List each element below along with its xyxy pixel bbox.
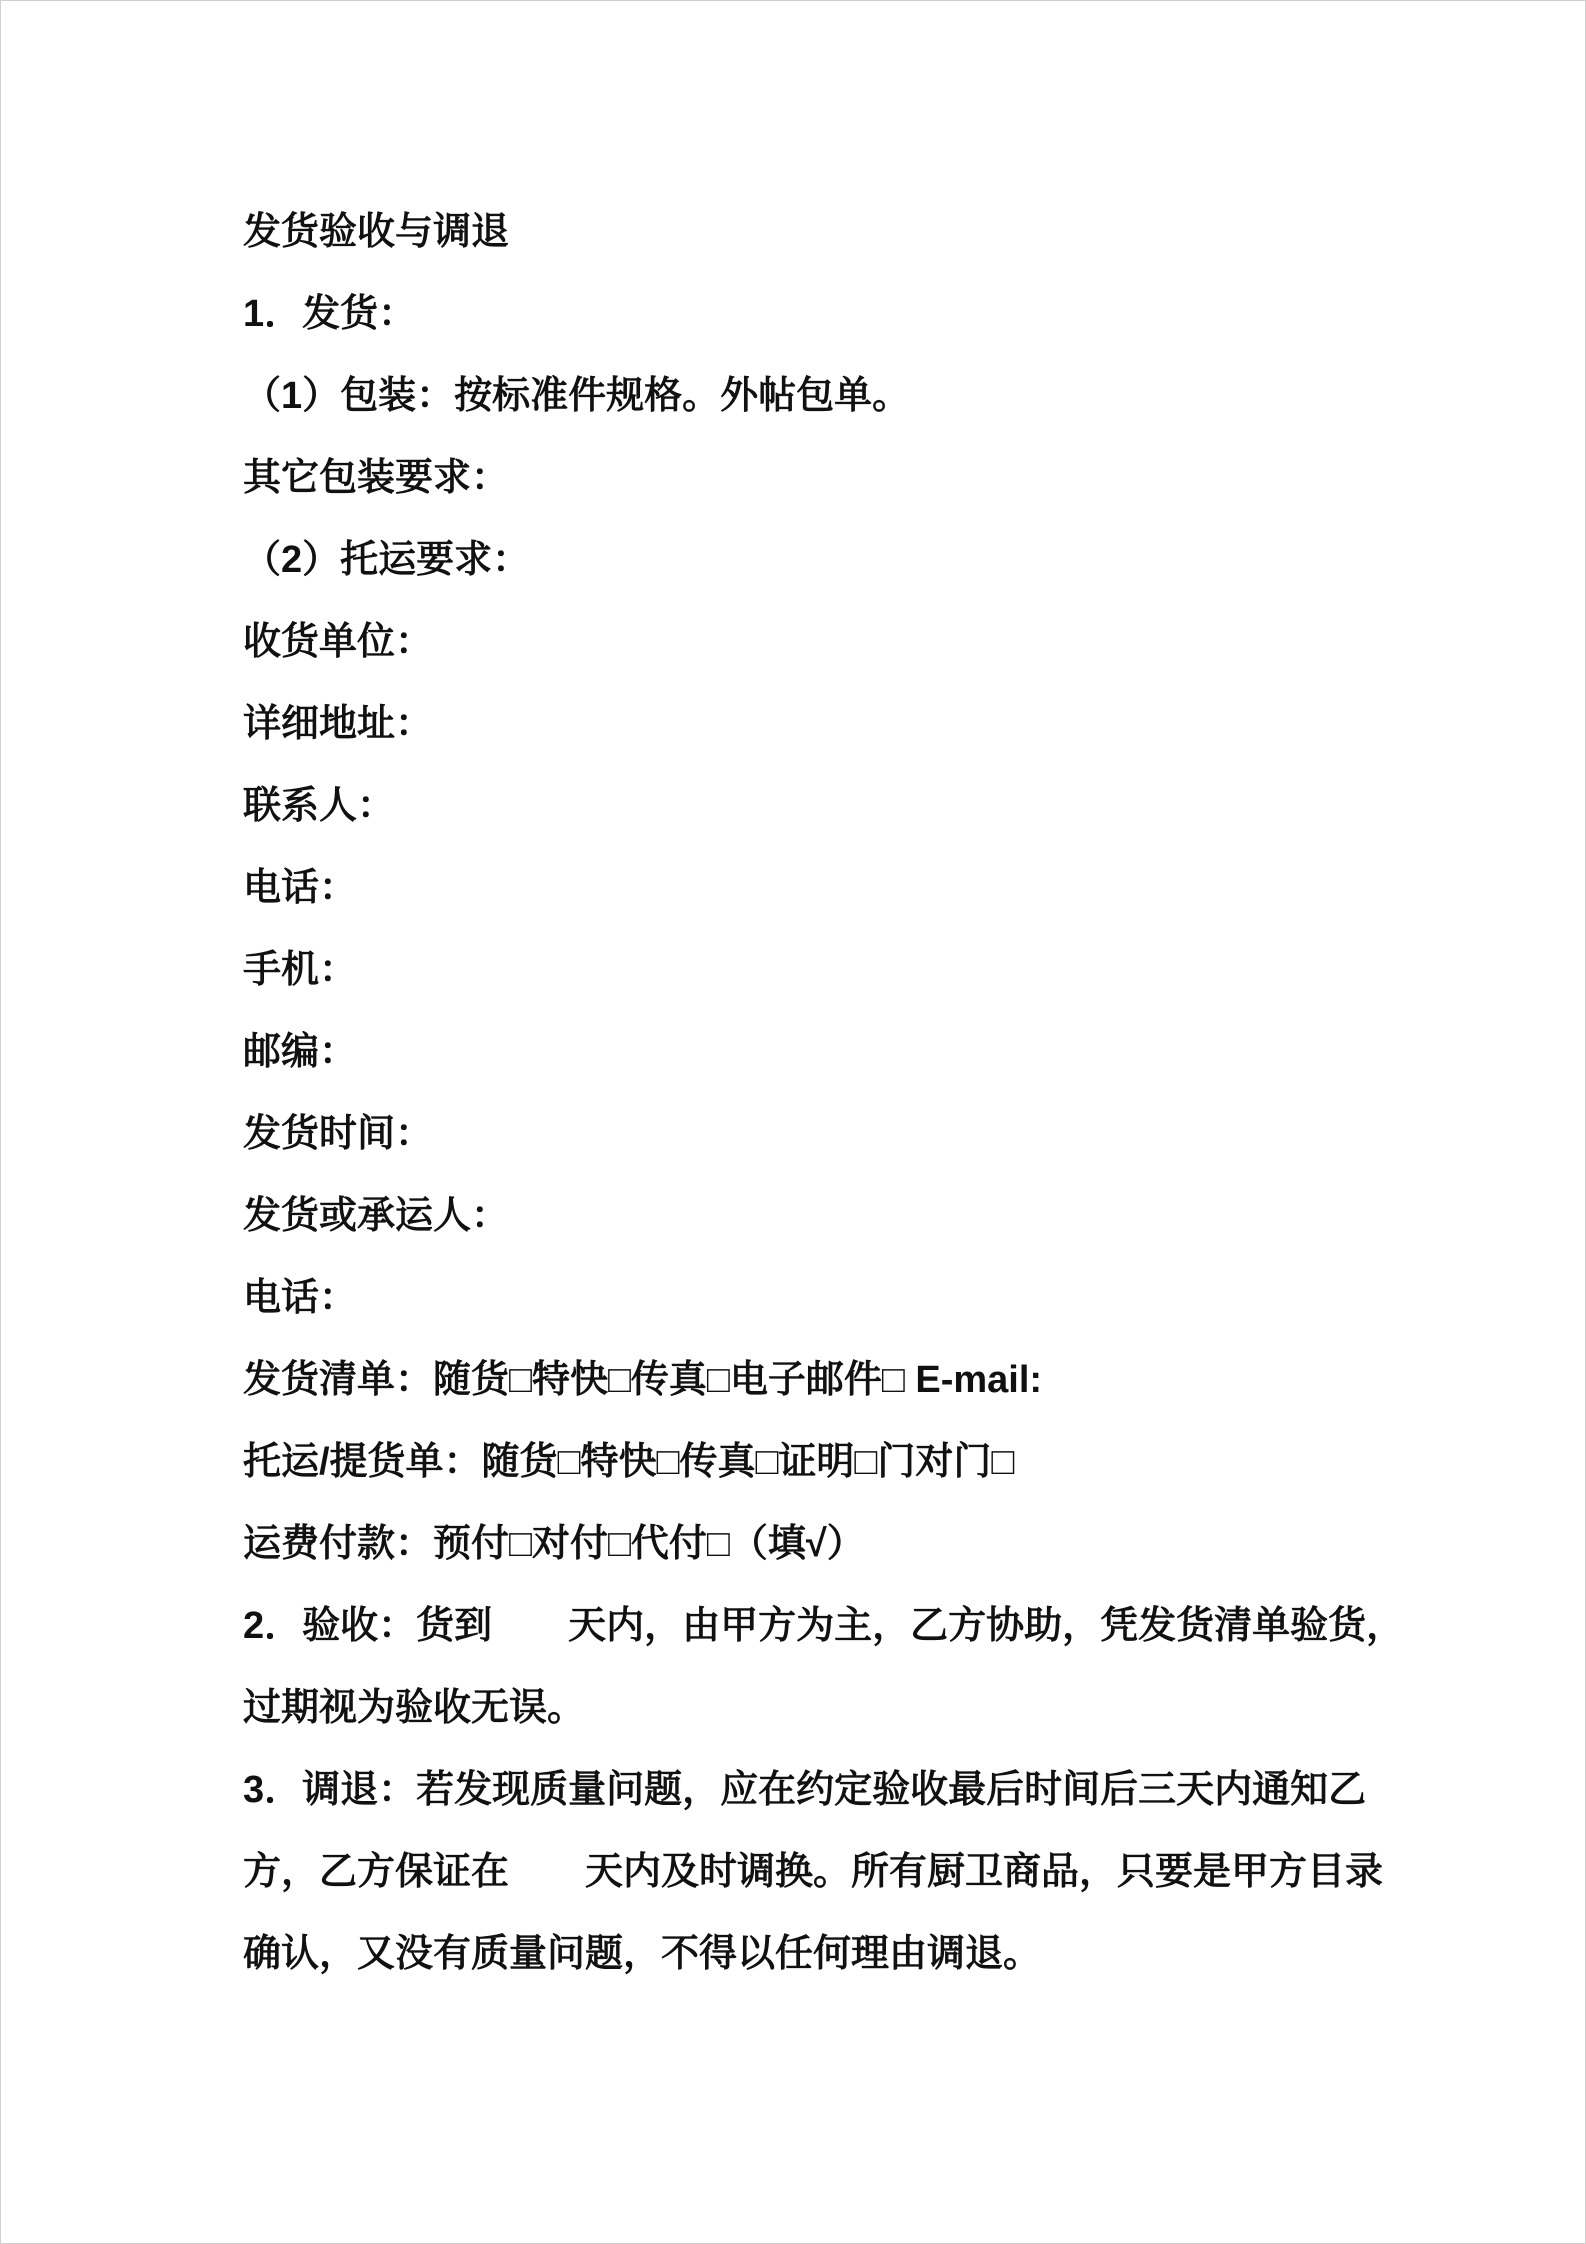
- text-line: 电话：: [243, 847, 1406, 929]
- text-line: 运费付款：预付□对付□代付□（填√）: [243, 1503, 1406, 1585]
- text-line: （1）包装：按标准件规格。外帖包单。: [243, 355, 1406, 437]
- text-line: 2．验收：货到 天内，由甲方为主，乙方协助，凭发货清单验货，: [243, 1585, 1406, 1667]
- text-line: 托运/提货单：随货□特快□传真□证明□门对门□: [243, 1421, 1406, 1503]
- text-line: 收货单位：: [243, 601, 1406, 683]
- document-page: 发货验收与调退 1．发货：（1）包装：按标准件规格。外帖包单。其它包装要求：（2…: [0, 0, 1586, 2244]
- document-lines: 1．发货：（1）包装：按标准件规格。外帖包单。其它包装要求：（2）托运要求：收货…: [243, 273, 1406, 1995]
- document-title: 发货验收与调退: [243, 191, 1406, 273]
- text-line: 手机：: [243, 929, 1406, 1011]
- text-line: 方，乙方保证在 天内及时调换。所有厨卫商品，只要是甲方目录: [243, 1831, 1406, 1913]
- text-line: 发货清单：随货□特快□传真□电子邮件□ E-mail:: [243, 1339, 1406, 1421]
- text-line: 1．发货：: [243, 273, 1406, 355]
- text-line: 详细地址：: [243, 683, 1406, 765]
- text-line: 确认，又没有质量问题，不得以任何理由调退。: [243, 1913, 1406, 1995]
- text-line: 邮编：: [243, 1011, 1406, 1093]
- text-line: 3．调退：若发现质量问题，应在约定验收最后时间后三天内通知乙: [243, 1749, 1406, 1831]
- text-line: 过期视为验收无误。: [243, 1667, 1406, 1749]
- document-body: 发货验收与调退 1．发货：（1）包装：按标准件规格。外帖包单。其它包装要求：（2…: [243, 191, 1406, 1995]
- text-line: 联系人：: [243, 765, 1406, 847]
- text-line: （2）托运要求：: [243, 519, 1406, 601]
- text-line: 发货或承运人：: [243, 1175, 1406, 1257]
- text-line: 电话：: [243, 1257, 1406, 1339]
- text-line: 其它包装要求：: [243, 437, 1406, 519]
- text-line: 发货时间：: [243, 1093, 1406, 1175]
